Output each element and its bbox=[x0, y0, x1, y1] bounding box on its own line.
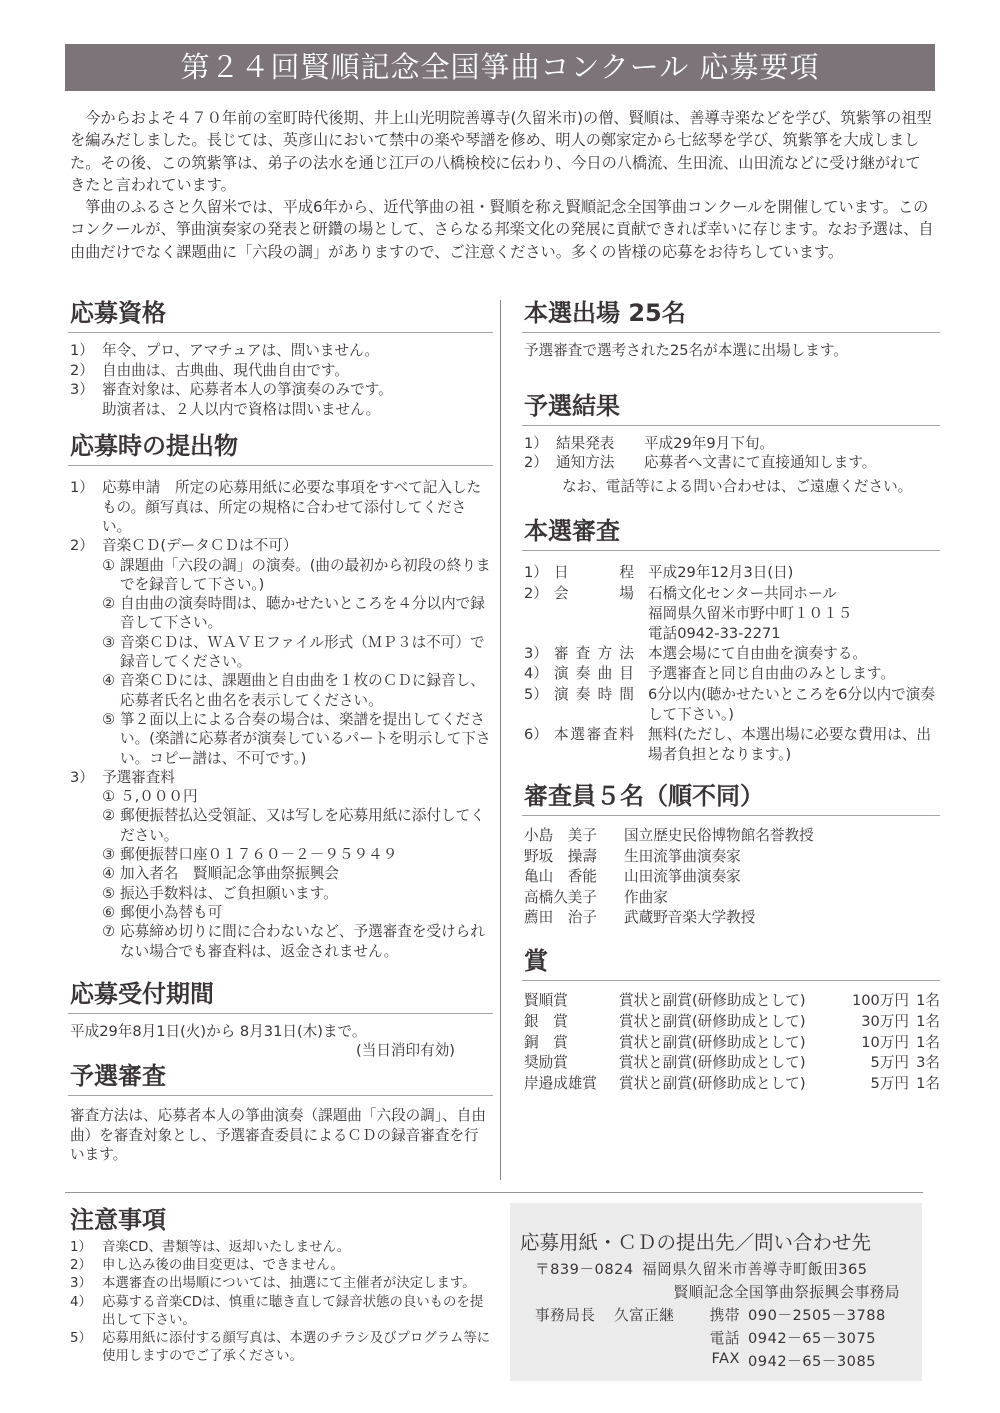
eligibility-section: 応募資格 1）年令、プロ、アマチュアは、問いません。 2）自由曲は、古典曲、現代… bbox=[68, 298, 493, 419]
judge-row: 高橋久美子作曲家 bbox=[524, 888, 940, 908]
list-item: 5）応募用紙に添付する顔写真は、本選のチラシ及びプログラム等に使用しますのでご了… bbox=[70, 1330, 493, 1366]
section-title: 審査員５名（順不同） bbox=[522, 781, 940, 816]
list-item: 1）応募申請 所定の応募用紙に必要な事項をすべて記入したもの。顔写真は、所定の規… bbox=[70, 478, 493, 536]
judge-row: 野坂 操壽生田流箏曲演奏家 bbox=[524, 847, 940, 867]
prize-row: 岸邉成雄賞賞状と副賞(研修助成として)5万円1名 bbox=[524, 1074, 940, 1095]
left-column: 応募資格 1）年令、プロ、アマチュアは、問いません。 2）自由曲は、古典曲、現代… bbox=[68, 298, 493, 1165]
sub-item: ④加入者名 賢順記念箏曲祭振興会 bbox=[70, 864, 493, 883]
fax-number: 0942－65－3085 bbox=[748, 1350, 876, 1371]
final-section: 本選審査 1）日程平成29年12月3日(日) 2）会場石橋文化センター共同ホール… bbox=[522, 516, 940, 765]
section-title: 賞 bbox=[522, 946, 940, 981]
final-item-method: 3）審査方法本選会場にて自由曲を演奏する。 bbox=[524, 644, 940, 664]
judge-row: 亀山 香能山田流箏曲演奏家 bbox=[524, 867, 940, 887]
organization: 賢順記念全国箏曲祭振興会事務局 bbox=[642, 1281, 900, 1302]
manager-name: 久富正継 bbox=[614, 1304, 674, 1325]
list-item: 1）年令、プロ、アマチュアは、問いません。 bbox=[70, 341, 493, 361]
prelim-results-section: 予選結果 1）結果発表平成29年9月下旬。 2）通知方法応募者へ文書にて直接通知… bbox=[522, 391, 940, 497]
section-title: 応募資格 bbox=[68, 298, 493, 333]
section-divider bbox=[65, 1192, 923, 1193]
sub-item: ④音楽ＣＤには、課題曲と自由曲を１枚のＣＤに録音し、応募者氏名と曲名を表示してく… bbox=[70, 671, 493, 710]
contact-title: 応募用紙・ＣＤの提出先／問い合わせ先 bbox=[520, 1227, 871, 1255]
right-column: 本選出場 25名 予選審査で選考された25名が本選に出場します。 予選結果 1）… bbox=[522, 298, 940, 1094]
section-title: 注意事項 bbox=[68, 1205, 493, 1237]
period-note: (当日消印有効) bbox=[70, 1041, 493, 1061]
preliminary-section: 予選審査 審査方法は、応募者本人の箏曲演奏（課題曲「六段の調」、自由曲）を審査対… bbox=[68, 1061, 493, 1165]
list-item: 1）音楽CD、書類等は、返却いたしません。 bbox=[70, 1239, 493, 1257]
period-text: 平成29年8月1日(火)から 8月31日(木)まで。 bbox=[70, 1022, 493, 1042]
sub-item: ⑤箏２面以上による合奏の場合は、楽譜を提出してください。(楽譜に応募者が演奏して… bbox=[70, 710, 493, 768]
judge-row: 小島 美子国立歴史民俗博物館名誉教授 bbox=[524, 826, 940, 846]
section-title: 予選審査 bbox=[68, 1061, 493, 1096]
postal-code: 〒839－0824 bbox=[535, 1258, 634, 1279]
prize-row: 賢順賞賞状と副賞(研修助成として)100万円1名 bbox=[524, 991, 940, 1012]
prizes-section: 賞 賢順賞賞状と副賞(研修助成として)100万円1名 銀 賞賞状と副賞(研修助成… bbox=[522, 946, 940, 1094]
finalists-text: 予選審査で選考された25名が本選に出場します。 bbox=[524, 341, 940, 361]
address: 福岡県久留米市善導寺町飯田365 bbox=[642, 1258, 868, 1279]
list-item: 2）申し込み後の曲目変更は、できません。 bbox=[70, 1257, 493, 1275]
sub-item: ③音楽ＣＤは、ＷＡＶＥファイル形式（ＭＰ３は不可）で録音してください。 bbox=[70, 633, 493, 672]
mobile-label: 携帯 bbox=[698, 1304, 740, 1325]
list-item: 3）審査対象は、応募者本人の箏演奏のみです。 bbox=[70, 380, 493, 400]
sub-item: ①課題曲「六段の調」の演奏。(曲の最初から初段の終りまでを録音して下さい。) bbox=[70, 556, 493, 595]
final-item-pieces: 4）演奏曲目予選審査と同じ自由曲のみとします。 bbox=[524, 664, 940, 684]
list-item: 2）自由曲は、古典曲、現代曲自由です。 bbox=[70, 361, 493, 381]
judge-row: 薦田 治子武蔵野音楽大学教授 bbox=[524, 908, 940, 928]
column-divider bbox=[500, 300, 501, 1180]
application-period-section: 応募受付期間 平成29年8月1日(火)から 8月31日(木)まで。 (当日消印有… bbox=[68, 979, 493, 1061]
fax-label: FAX bbox=[698, 1350, 740, 1367]
section-title: 予選結果 bbox=[522, 391, 940, 426]
intro-section: 今からおよそ４７０年前の室町時代後期、井上山光明院善導寺(久留米市)の僧、賢順は… bbox=[70, 107, 935, 263]
notes-section: 注意事項 1）音楽CD、書類等は、返却いたしません。 2）申し込み後の曲目変更は… bbox=[68, 1205, 493, 1366]
judges-section: 審査員５名（順不同） 小島 美子国立歴史民俗博物館名誉教授 野坂 操壽生田流箏曲… bbox=[522, 781, 940, 928]
eligibility-note: 助演者は、２人以内で資格は問いません。 bbox=[70, 400, 493, 420]
final-item-time: 5）演奏時間6分以内(聴かせたいところを6分以内で演奏して下さい。) bbox=[524, 685, 940, 725]
list-item: 3）本選審査の出場順については、抽選にて主催者が決定します。 bbox=[70, 1275, 493, 1293]
final-item-fee: 6）本選審査料無料(ただし、本選出場に必要な費用は、出場者負担となります。) bbox=[524, 725, 940, 765]
sub-item: ①５,０００円 bbox=[70, 787, 493, 806]
mobile-number[interactable]: 090－2505－3788 bbox=[748, 1304, 886, 1325]
page-title: 第２４回賢順記念全国箏曲コンクール 応募要項 bbox=[180, 50, 819, 84]
section-title: 応募時の提出物 bbox=[68, 431, 493, 466]
section-title: 本選審査 bbox=[522, 516, 940, 551]
finalists-section: 本選出場 25名 予選審査で選考された25名が本選に出場します。 bbox=[522, 298, 940, 361]
final-item-date: 1）日程平成29年12月3日(日) bbox=[524, 563, 940, 583]
sub-item: ⑦応募締め切りに間に合わないなど、予選審査を受けられない場合でも審査料は、返金さ… bbox=[70, 922, 493, 961]
sub-item: ②自由曲の演奏時間は、聴かせたいところを４分以内で録音して下さい。 bbox=[70, 594, 493, 633]
list-item: 1）結果発表平成29年9月下旬。 bbox=[524, 434, 940, 454]
list-item: 2）通知方法応募者へ文書にて直接通知します。 bbox=[524, 453, 940, 473]
submission-section: 応募時の提出物 1）応募申請 所定の応募用紙に必要な事項をすべて記入したもの。顔… bbox=[68, 431, 493, 960]
prize-row: 銅 賞賞状と副賞(研修助成として)10万円1名 bbox=[524, 1033, 940, 1054]
intro-paragraph: 今からおよそ４７０年前の室町時代後期、井上山光明院善導寺(久留米市)の僧、賢順は… bbox=[70, 107, 935, 196]
phone-number[interactable]: 0942－65－3075 bbox=[748, 1327, 876, 1348]
prize-row: 奨励賞賞状と副賞(研修助成として)5万円3名 bbox=[524, 1053, 940, 1074]
prelim-results-note: なお、電話等による問い合わせは、ご遠慮ください。 bbox=[524, 477, 940, 497]
phone-label: 電話 bbox=[698, 1327, 740, 1348]
prize-row: 銀 賞賞状と副賞(研修助成として)30万円1名 bbox=[524, 1012, 940, 1033]
preliminary-text: 審査方法は、応募者本人の箏曲演奏（課題曲「六段の調」、自由曲）を審査対象とし、予… bbox=[70, 1106, 493, 1165]
page-title-banner: 第２４回賢順記念全国箏曲コンクール 応募要項 bbox=[65, 44, 935, 91]
sub-item: ⑤振込手数料は、ご負担願います。 bbox=[70, 884, 493, 903]
sub-item: ②郵便振替払込受領証、又は写しを応募用紙に添付してください。 bbox=[70, 806, 493, 845]
section-title: 本選出場 25名 bbox=[522, 298, 940, 333]
list-item: 2）音楽ＣＤ(データＣＤは不可） bbox=[70, 536, 493, 555]
sub-item: ③郵便振替口座０１７６０－２－９５９４９ bbox=[70, 845, 493, 864]
list-item: 3）予選審査料 bbox=[70, 768, 493, 787]
manager-label: 事務局長 bbox=[535, 1304, 595, 1325]
final-item-venue: 2）会場石橋文化センター共同ホール福岡県久留米市野中町１０１５電話0942-33… bbox=[524, 584, 940, 645]
intro-paragraph: 箏曲のふるさと久留米では、平成6年から、近代箏曲の祖・賢順を称え賢順記念全国箏曲… bbox=[70, 196, 935, 263]
section-title: 応募受付期間 bbox=[68, 979, 493, 1014]
contact-box: 応募用紙・ＣＤの提出先／問い合わせ先 〒839－0824 福岡県久留米市善導寺町… bbox=[510, 1203, 922, 1381]
sub-item: ⑥郵便小為替も可 bbox=[70, 903, 493, 922]
list-item: 4）応募する音楽CDは、慎重に聴き直して録音状態の良いものを提出して下さい。 bbox=[70, 1294, 493, 1330]
